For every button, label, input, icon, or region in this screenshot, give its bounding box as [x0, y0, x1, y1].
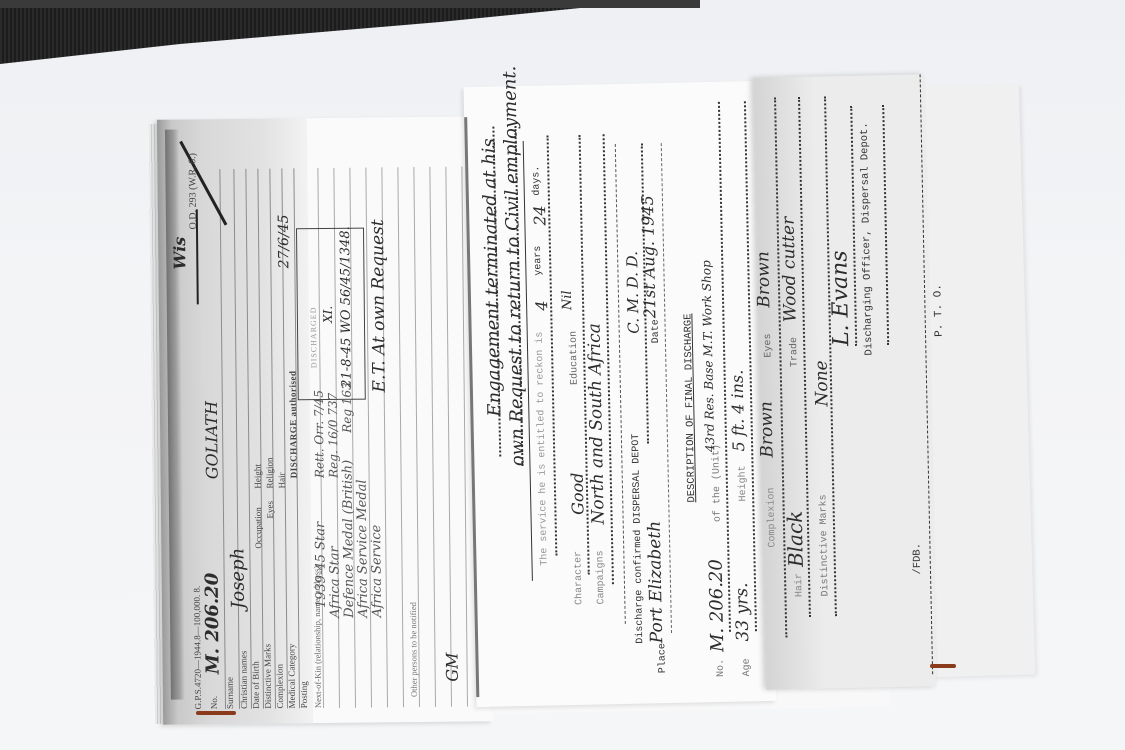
initials-bottom: GM [442, 652, 461, 681]
unit-label: of the (Unit) [711, 444, 724, 522]
eyes-value: Brown [753, 251, 774, 308]
description-heading: DESCRIPTION OF FINAL DISCHARGE [682, 313, 698, 502]
hair-value: Black [783, 510, 808, 567]
discharging-officer-label: Discharging Officer, Dispersal Depot. [859, 122, 876, 355]
place-value: Port Elizabeth [645, 521, 668, 644]
christian-names-value: Joseph [227, 548, 249, 609]
service-days: 24 [530, 205, 549, 226]
christian-names-label: Christian names [238, 651, 249, 709]
trade-label: Trade [789, 337, 801, 367]
height-label: Height [738, 465, 750, 501]
medical-category-label: Medical Category [286, 644, 297, 709]
stamp-line-2: XI. [321, 306, 335, 323]
discharge-booklet-left-page: O.D. 293 (W.R. 6.) Wis G.P.S.4720—1944.8… [157, 116, 493, 724]
discharge-confirmed-label: Discharge confirmed DISPERSAL DEPOT [631, 434, 646, 644]
trade-value: Wood cutter [779, 217, 801, 323]
days-label: days. [531, 166, 543, 196]
occupation-label: Occupation [253, 507, 263, 549]
distinctive-marks-label: Distinctive Marks [818, 494, 831, 596]
dark-fabric-background [0, 0, 1125, 70]
margin-note-1: Rett. Orr. 7/45 [312, 390, 327, 478]
surname-label: Surname [225, 677, 235, 709]
pto-label: P. T. O. [932, 284, 945, 337]
staple-left [196, 711, 236, 715]
surname-value: GOLIATH [202, 401, 222, 479]
number-value: M. 206.20 [202, 573, 224, 675]
campaigns-label: Campaigns [595, 550, 607, 604]
typist-reference: /FDB. [911, 543, 924, 575]
initials-top: Wis [170, 237, 189, 270]
education-value: Nil [560, 290, 575, 310]
discharge-certificate-middle-page: Engagement terminated at his own Request… [464, 81, 777, 707]
date-label: Date [650, 319, 662, 343]
height-value: 5 ft. 4 ins. [728, 370, 749, 452]
religion-label: Religion [264, 458, 274, 489]
service-label: The service he is entitled to reckon is [535, 331, 551, 565]
character-label: Character [573, 551, 585, 605]
age-value: 33 yrs. [732, 582, 753, 641]
margin-note-2: Reg. 16/0 737 [326, 393, 341, 478]
stamp-line-3: 21-8-45 WO 56/45/1348. [338, 226, 355, 388]
no-label: No. [716, 659, 727, 677]
discharge-authorised-value: 27/6/45 [276, 214, 293, 268]
fabric-edge [0, 0, 700, 8]
posting-label: Posting [299, 681, 309, 708]
date-value: 21st Aug. 1945 [638, 195, 660, 318]
stamp-note: E.T. At own Request [368, 219, 390, 392]
education-label: Education [569, 331, 581, 385]
character-value: Good [568, 472, 588, 515]
other-persons-label: Other persons to be notified [408, 602, 419, 697]
height-label: Height [252, 464, 262, 489]
no-value: M. 206.20 [705, 559, 728, 652]
complexion-label: Complexion [766, 487, 778, 547]
age-label: Age [742, 658, 753, 676]
hair-label: Hair [277, 472, 287, 488]
award-note-5: Africa Service [369, 525, 385, 618]
distinctive-marks-label: Distinctive Marks [262, 644, 273, 709]
years-label: years [533, 246, 545, 276]
officer-signature: L. Evans [827, 250, 854, 346]
stamp-line-1: DISCHARGED [309, 307, 319, 369]
complexion-value: Brown [756, 401, 777, 458]
hair-label: Hair [794, 573, 806, 597]
date-of-birth-label: Date of Birth [251, 661, 261, 709]
number-label: No. [209, 696, 219, 709]
service-years: 4 [532, 300, 551, 311]
place-label: Place [657, 643, 669, 673]
eyes-label: Eyes [265, 501, 275, 519]
discharge-certificate-right-page: Complexion Brown Eyes Brown Hair Black T… [754, 74, 937, 689]
unit-value: 43rd Res. Base M.T. Work Shop [699, 260, 717, 452]
campaigns-value: North and South Africa [585, 323, 609, 525]
eyes-label: Eyes [763, 333, 775, 357]
staple-right [930, 664, 956, 668]
complexion-label: Complexion [275, 664, 285, 709]
